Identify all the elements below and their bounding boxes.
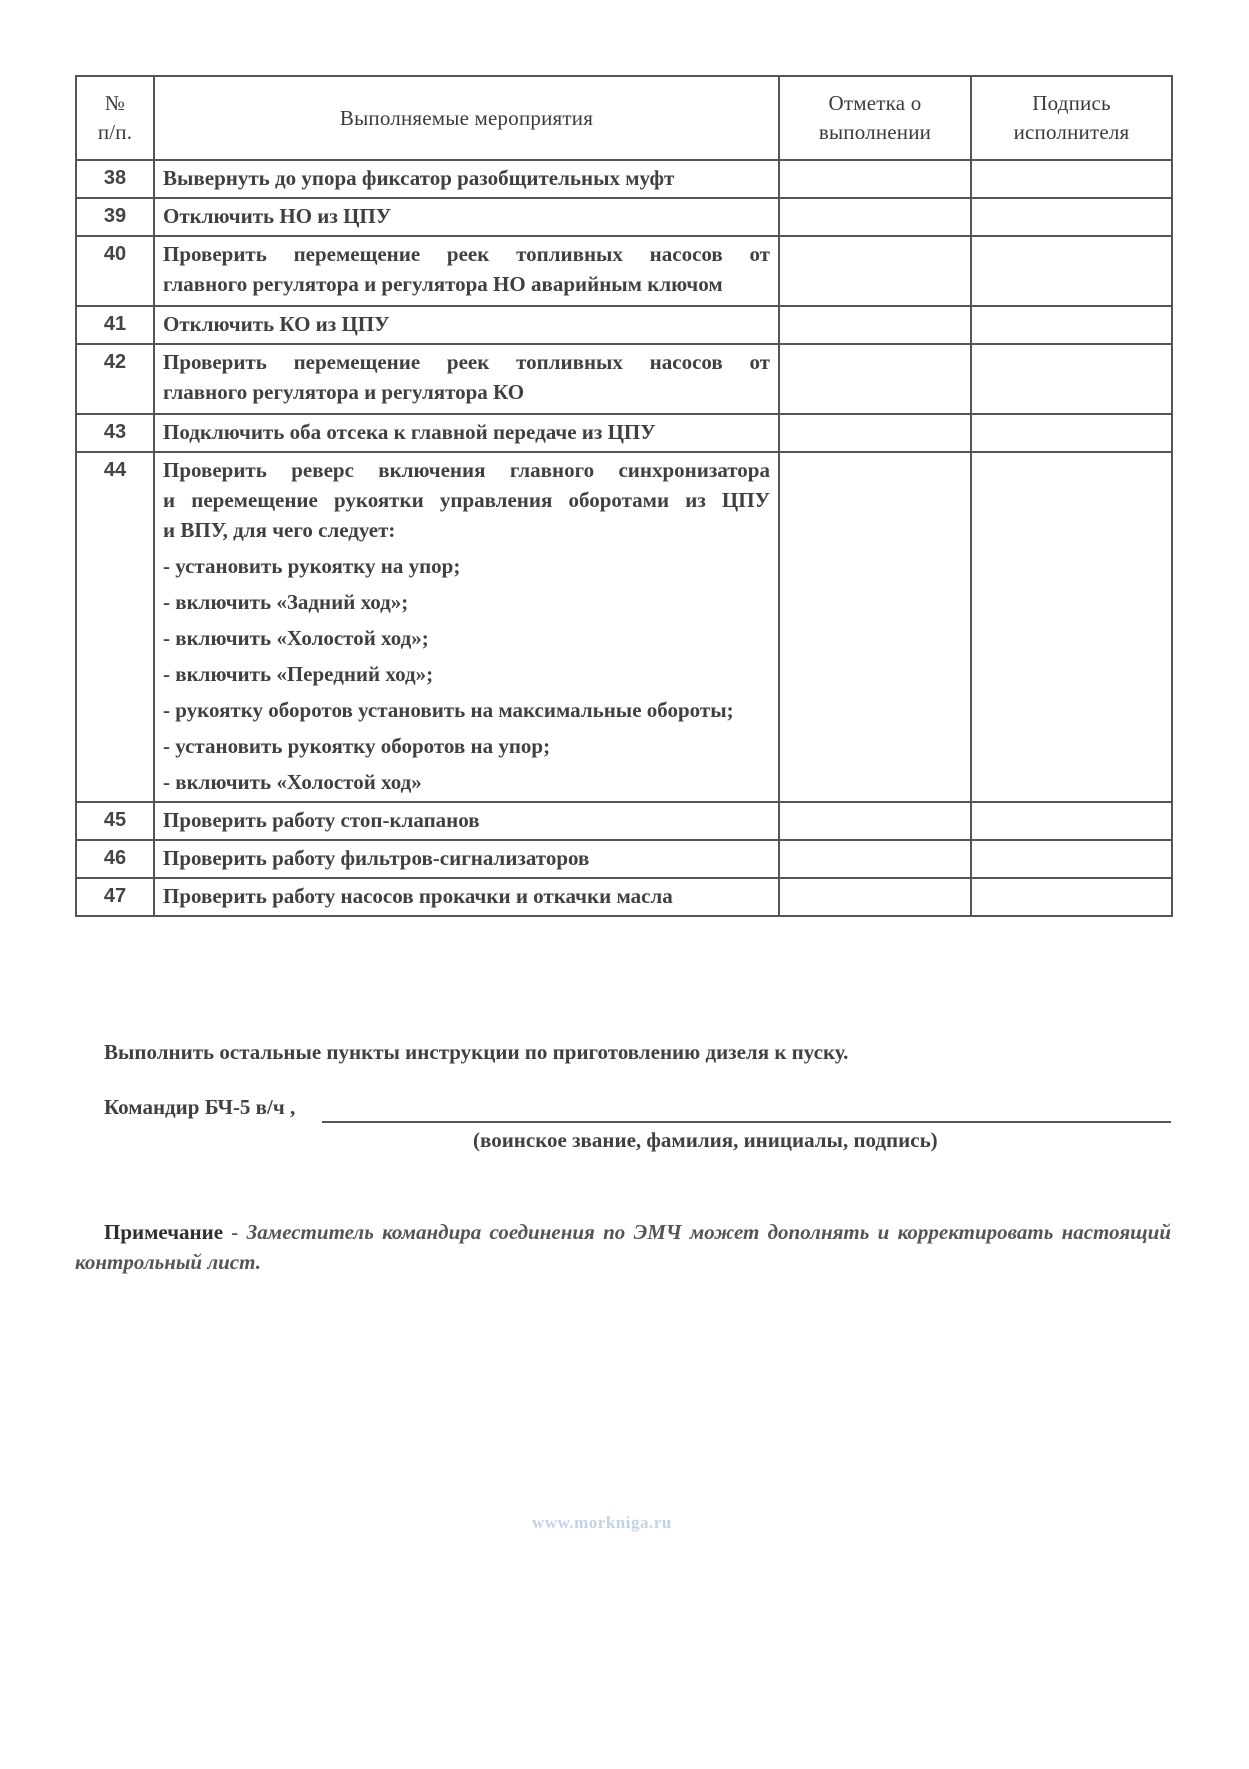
note-label: Примечание — [104, 1220, 223, 1244]
step-item: - включить «Передний ход»; — [163, 659, 770, 689]
row-task: Вывернуть до упора фиксатор разобщительн… — [154, 160, 779, 198]
executor-signature-cell[interactable] — [971, 198, 1172, 236]
table-row: 42Проверить перемещение реек топливных н… — [76, 344, 1172, 414]
instruction-text: Выполнить остальные пункты инструкции по… — [104, 1040, 848, 1065]
table-row: 39Отключить НО из ЦПУ — [76, 198, 1172, 236]
row-task: Проверить перемещение реек топливных нас… — [154, 236, 779, 306]
row-task: Проверить работу стоп-клапанов — [154, 802, 779, 840]
row-task: Подключить оба отсека к главной передаче… — [154, 414, 779, 452]
completion-mark-cell[interactable] — [779, 878, 971, 916]
row-number: 40 — [76, 236, 154, 306]
row-task: Проверить работу фильтров-сигнализаторов — [154, 840, 779, 878]
row-task: Проверить реверс включения главного синх… — [154, 452, 779, 802]
completion-mark-cell[interactable] — [779, 306, 971, 344]
row-number: 47 — [76, 878, 154, 916]
signature-hint: (воинское звание, фамилия, инициалы, под… — [473, 1128, 938, 1153]
row-task: Отключить НО из ЦПУ — [154, 198, 779, 236]
table-row: 46Проверить работу фильтров-сигнализатор… — [76, 840, 1172, 878]
table-row: 44Проверить реверс включения главного си… — [76, 452, 1172, 802]
executor-signature-cell[interactable] — [971, 840, 1172, 878]
row-task: Проверить перемещение реек топливных нас… — [154, 344, 779, 414]
executor-signature-cell[interactable] — [971, 160, 1172, 198]
step-item: - установить рукоятку оборотов на упор; — [163, 731, 770, 761]
note-paragraph: Примечание - Заместитель командира соеди… — [75, 1217, 1171, 1277]
completion-mark-cell[interactable] — [779, 344, 971, 414]
header-mark: Отметка овыполнении — [779, 76, 971, 160]
row-number: 43 — [76, 414, 154, 452]
completion-mark-cell[interactable] — [779, 160, 971, 198]
completion-mark-cell[interactable] — [779, 414, 971, 452]
completion-mark-cell[interactable] — [779, 198, 971, 236]
step-item: - установить рукоятку на упор; — [163, 551, 770, 581]
completion-mark-cell[interactable] — [779, 802, 971, 840]
completion-mark-cell[interactable] — [779, 452, 971, 802]
executor-signature-cell[interactable] — [971, 344, 1172, 414]
completion-mark-cell[interactable] — [779, 840, 971, 878]
row-task: Проверить работу насосов прокачки и отка… — [154, 878, 779, 916]
step-item: - рукоятку оборотов установить на максим… — [163, 695, 770, 725]
step-item: - включить «Холостой ход»; — [163, 623, 770, 653]
table-row: 43Подключить оба отсека к главной переда… — [76, 414, 1172, 452]
signature-line[interactable] — [322, 1121, 1171, 1123]
completion-mark-cell[interactable] — [779, 236, 971, 306]
row-number: 39 — [76, 198, 154, 236]
table-row: 38Вывернуть до упора фиксатор разобщител… — [76, 160, 1172, 198]
step-item: - включить «Холостой ход» — [163, 767, 770, 797]
row-number: 38 — [76, 160, 154, 198]
step-item: - включить «Задний ход»; — [163, 587, 770, 617]
row-number: 42 — [76, 344, 154, 414]
table-row: 40Проверить перемещение реек топливных н… — [76, 236, 1172, 306]
row-number: 44 — [76, 452, 154, 802]
checklist-table: №п/п. Выполняемые мероприятия Отметка ов… — [75, 75, 1173, 917]
table-row: 45Проверить работу стоп-клапанов — [76, 802, 1172, 840]
table-row: 41Отключить КО из ЦПУ — [76, 306, 1172, 344]
header-num: №п/п. — [76, 76, 154, 160]
commander-label: Командир БЧ-5 в/ч , — [104, 1095, 295, 1120]
watermark: www.morkniga.ru — [532, 1513, 672, 1533]
executor-signature-cell[interactable] — [971, 802, 1172, 840]
row-number: 46 — [76, 840, 154, 878]
executor-signature-cell[interactable] — [971, 452, 1172, 802]
executor-signature-cell[interactable] — [971, 306, 1172, 344]
header-signature: Подписьисполнителя — [971, 76, 1172, 160]
table-header-row: №п/п. Выполняемые мероприятия Отметка ов… — [76, 76, 1172, 160]
header-task: Выполняемые мероприятия — [154, 76, 779, 160]
row-number: 45 — [76, 802, 154, 840]
table-row: 47Проверить работу насосов прокачки и от… — [76, 878, 1172, 916]
row-number: 41 — [76, 306, 154, 344]
executor-signature-cell[interactable] — [971, 878, 1172, 916]
row-task: Отключить КО из ЦПУ — [154, 306, 779, 344]
executor-signature-cell[interactable] — [971, 414, 1172, 452]
executor-signature-cell[interactable] — [971, 236, 1172, 306]
